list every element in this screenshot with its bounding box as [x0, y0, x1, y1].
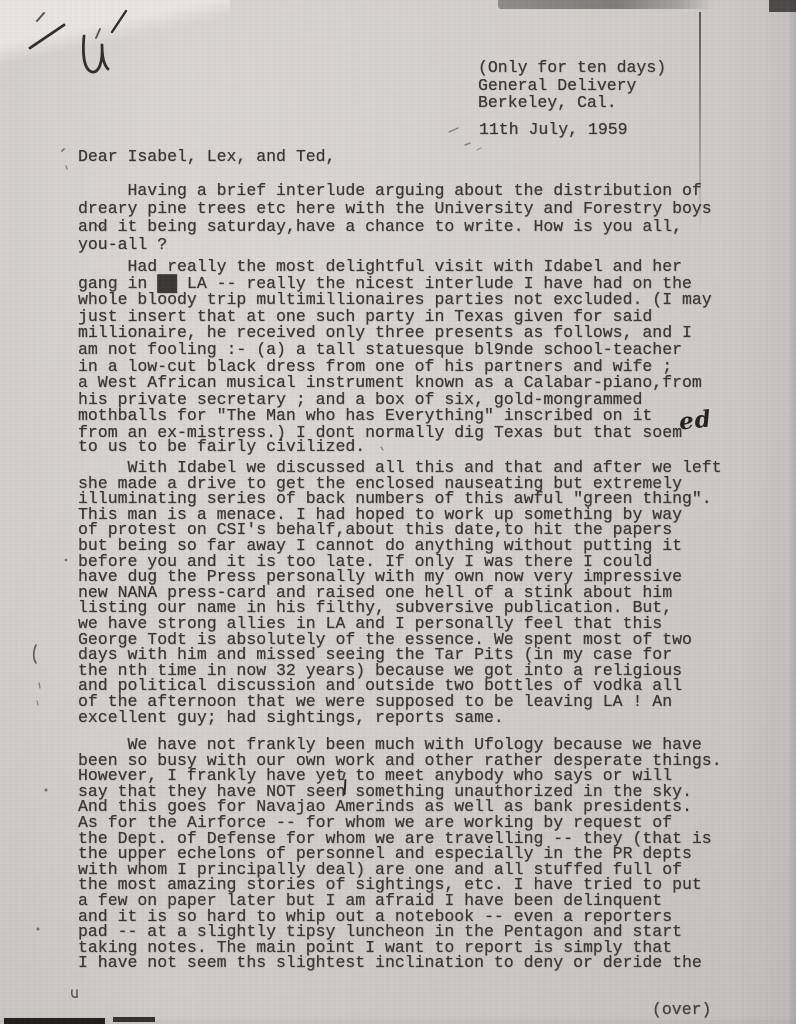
return-address: (Only for ten days) General Delivery Ber…	[478, 59, 666, 112]
stray-ink-dot	[39, 683, 40, 688]
small-glyph-mark	[72, 990, 77, 997]
smudge-mark	[465, 143, 470, 145]
stray-ink-dot	[45, 789, 48, 792]
margin-paren-mark	[34, 645, 36, 663]
paragraph-2-last-line: to us to be fairly civilized.	[78, 437, 365, 456]
stray-ink-dot	[381, 447, 383, 450]
smudge-mark	[449, 128, 458, 132]
date-line: 11th July, 1959	[479, 120, 628, 139]
paragraph-4: We have not frankly been much with Ufolo…	[78, 737, 722, 971]
salutation: Dear Isabel, Lex, and Ted,	[78, 147, 335, 166]
paragraph-1: Having a brief interlude arguing about t…	[78, 182, 712, 254]
paper-crease	[0, 0, 230, 70]
stray-ink-dot	[37, 701, 38, 705]
scanned-letter-page: (Only for ten days) General Delivery Ber…	[0, 0, 796, 1024]
stray-ink-dot	[62, 149, 64, 151]
paragraph-2: Had really the most delightful visit wit…	[78, 259, 712, 442]
scanner-edge-artifact	[498, 0, 713, 9]
stray-ink-dot	[66, 166, 67, 169]
smudge-mark	[477, 148, 481, 150]
stray-ink-dot	[37, 928, 40, 931]
handwritten-correction: ed	[678, 405, 713, 435]
page-edge-shadow	[789, 0, 796, 1024]
paragraph-3: With Idabel we discussed all this and th…	[78, 460, 722, 725]
stray-ink-dot	[65, 559, 68, 562]
page-turn-indicator: (over)	[652, 1000, 711, 1019]
